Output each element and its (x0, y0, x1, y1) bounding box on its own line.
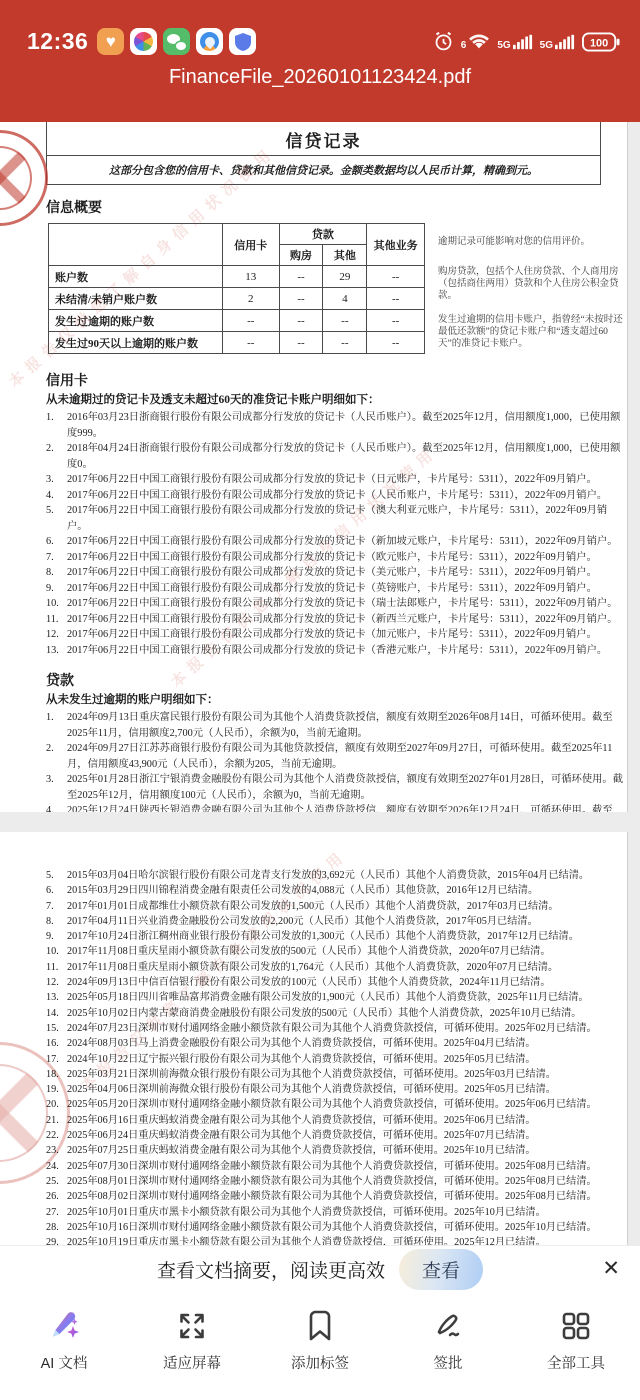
list-item: 21.2025年06月16日重庆蚂蚁消费金融有限公司为其他个人消费贷款授信，可循… (46, 1113, 624, 1128)
page-gap (0, 812, 640, 832)
security-shield-icon (229, 28, 256, 55)
loans-list-page2: 5.2015年03月04日哈尔滨银行股份有限公司龙青支行发放的3,692元（人民… (46, 832, 624, 1245)
list-item: 22.2025年06月24日重庆蚂蚁消费金融有限公司为其他个人消费贷款授信，可循… (46, 1128, 624, 1143)
list-item: 5.2017年06月22日中国工商银行股份有限公司成都分行发放的贷记卡（澳大利亚… (46, 503, 624, 534)
status-indicators: 6 5G 5G (433, 31, 620, 52)
list-item: 12.2017年06月22日中国工商银行股份有限公司成都分行发放的贷记卡（加元账… (46, 627, 624, 643)
col-credit-card: 信用卡 (222, 224, 279, 266)
table-row: 未结清/未销户账户数 2 -- 4 -- (49, 288, 425, 310)
list-item: 17.2024年10月22日辽宁振兴银行股份有限公司为其他个人消费贷款授信，可循… (46, 1052, 624, 1067)
list-item: 11.2017年11月08日重庆星雨小额贷款有限公司发放的1,764元（人民币）… (46, 960, 624, 975)
list-item: 13.2017年06月22日中国工商银行股份有限公司成都分行发放的贷记卡（香港元… (46, 643, 624, 659)
tool-label: AI 文档 (41, 1352, 88, 1373)
col-loan-house: 购房 (279, 245, 323, 266)
note-text: 逾期记录可能影响对您的信用评价。 (438, 236, 624, 248)
app-header: 12:36 ♥ 6 (0, 0, 640, 122)
alarm-clock-icon (433, 31, 454, 52)
note-text: 发生过逾期的信用卡账户，指曾经“未按时还最低还款额”的贷记卡账户和“透支超过60… (438, 314, 624, 350)
list-item: 1.2024年09月13日重庆富民银行股份有限公司为其他个人消费贷款授信，额度有… (46, 710, 624, 741)
credit-card-list: 1.2016年03月23日浙商银行股份有限公司成都分行发放的贷记卡（人民币账户）… (46, 410, 624, 658)
grid-tools-icon (559, 1309, 593, 1343)
list-item: 8.2017年04月11日兴业消费金融股份公司发放的2,200元（人民币）其他个… (46, 914, 624, 929)
list-item: 15.2024年07月23日深圳市财付通网络金融小额贷款有限公司为其他个人消费贷… (46, 1021, 624, 1036)
status-bar: 12:36 ♥ 6 (0, 0, 640, 58)
list-item: 10.2017年06月22日中国工商银行股份有限公司成都分行发放的贷记卡（瑞士法… (46, 596, 624, 612)
battery-level: 100 (590, 37, 608, 49)
section-subtitle: 这部分包含您的信用卡、贷款和其他信贷记录。金额类数据均以人民币计算，精确到元。 (47, 155, 600, 184)
list-item: 5.2015年03月04日哈尔滨银行股份有限公司龙青支行发放的3,692元（人民… (46, 868, 624, 883)
col-loan-other: 其他 (323, 245, 367, 266)
ai-pen-icon (47, 1309, 81, 1343)
tool-label: 全部工具 (547, 1352, 605, 1373)
list-item: 13.2025年05月18日四川省唯品富邦消费金融有限公司发放的1,900元（人… (46, 990, 624, 1005)
list-item: 14.2025年10月02日内蒙古蒙商消费金融股份有限公司发放的500元（人民币… (46, 1006, 624, 1021)
sign-pen-icon (431, 1309, 465, 1343)
tool-label: 添加标签 (291, 1352, 349, 1373)
fit-screen-icon (175, 1309, 209, 1343)
battery-icon: 100 (582, 32, 620, 52)
tool-add-bookmark[interactable]: 添加标签 (256, 1292, 384, 1400)
tool-fit-screen[interactable]: 适应屏幕 (128, 1292, 256, 1400)
tool-label: 适应屏幕 (163, 1352, 221, 1373)
list-item: 1.2016年03月23日浙商银行股份有限公司成都分行发放的贷记卡（人民币账户）… (46, 410, 624, 441)
list-item: 8.2017年06月22日中国工商银行股份有限公司成都分行发放的贷记卡（美元账户… (46, 565, 624, 581)
wifi-icon: 6 (461, 33, 491, 50)
list-item: 4.2025年12月24日陕西长银消费金融有限公司为其他个人消费贷款授信，额度有… (46, 803, 624, 812)
close-icon[interactable]: ✕ (602, 1256, 620, 1282)
signal-sim2-icon: 5G (540, 34, 575, 50)
summary-heading: 信息概要 (46, 197, 627, 217)
credit-card-heading: 信用卡 (46, 370, 627, 390)
summary-block: 信用卡 贷款 其他业务 购房 其他 账户数 13 -- 29 -- (48, 223, 627, 354)
col-loan: 贷款 (279, 224, 367, 245)
tool-ai-document[interactable]: AI 文档 (0, 1292, 128, 1400)
list-item: 9.2017年06月22日中国工商银行股份有限公司成都分行发放的贷记卡（英镑账户… (46, 581, 624, 597)
list-item: 6.2015年03月29日四川锦程消费金融有限责任公司发放的4,088元（人民币… (46, 883, 624, 898)
tool-all-tools[interactable]: 全部工具 (512, 1292, 640, 1400)
health-heart-icon: ♥ (97, 28, 124, 55)
summary-table: 信用卡 贷款 其他业务 购房 其他 账户数 13 -- 29 -- (48, 223, 425, 354)
list-item: 7.2017年06月22日中国工商银行股份有限公司成都分行发放的贷记卡（欧元账户… (46, 550, 624, 566)
bookmark-icon (303, 1309, 337, 1343)
list-item: 10.2017年11月08日重庆星雨小额贷款有限公司发放的500元（人民币）其他… (46, 944, 624, 959)
list-item: 19.2025年04月06日深圳前海微众银行股份有限公司为其他个人消费贷款授信，… (46, 1082, 624, 1097)
pdf-page-1: 本报告仅供您了解自身信用状况使用 本报告仅供您了解自身信用状况使用 信贷记录 这… (0, 122, 628, 812)
col-other-business: 其他业务 (367, 224, 425, 266)
red-seal-stamp (0, 130, 48, 226)
list-item: 16.2024年08月03日马上消费金融股份有限公司为其他个人消费贷款授信，可循… (46, 1036, 624, 1051)
document-filename: FinanceFile_20260101123424.pdf (0, 66, 640, 89)
loans-list: 1.2024年09月13日重庆富民银行股份有限公司为其他个人消费贷款授信，额度有… (46, 710, 624, 812)
list-item: 28.2025年10月16日深圳市财付通网络金融小额贷款有限公司为其他个人消费贷… (46, 1220, 624, 1235)
view-summary-button[interactable]: 查看 (399, 1249, 483, 1290)
tool-sign[interactable]: 签批 (384, 1292, 512, 1400)
list-item: 6.2017年06月22日中国工商银行股份有限公司成都分行发放的贷记卡（新加坡元… (46, 534, 624, 550)
credit-card-subheading: 从未逾期过的贷记卡及透支未超过60天的准贷记卡账户明细如下： (46, 391, 627, 407)
list-item: 3.2017年06月22日中国工商银行股份有限公司成都分行发放的贷记卡（日元账户… (46, 472, 624, 488)
loans-heading: 贷款 (46, 670, 627, 690)
notification-app-icons: ♥ (97, 28, 256, 55)
list-item: 2.2018年04月24日浙商银行股份有限公司成都分行发放的贷记卡（人民币账户）… (46, 441, 624, 472)
table-row: 发生过逾期的账户数 -- -- -- -- (49, 310, 425, 332)
pinwheel-icon (130, 28, 157, 55)
loans-subheading: 从未发生过逾期的账户明细如下： (46, 691, 627, 707)
list-item: 12.2024年09月13日中信百信银行股份有限公司发放的100元（人民币）其他… (46, 975, 624, 990)
list-item: 4.2017年06月22日中国工商银行股份有限公司成都分行发放的贷记卡（人民币账… (46, 488, 624, 504)
list-item: 24.2025年07月30日深圳市财付通网络金融小额贷款有限公司为其他个人消费贷… (46, 1159, 624, 1174)
ai-summary-banner: 查看文档摘要，阅读更高效 查看 ✕ (0, 1245, 640, 1292)
tool-label: 签批 (434, 1352, 463, 1373)
list-item: 3.2025年01月28日浙江宁银消费金融股份有限公司为其他个人消费贷款授信，额… (46, 772, 624, 803)
note-text: 购房贷款，包括个人住房贷款、个人商用房（包括商住两用）贷款和个人住房公积金贷款。 (438, 266, 624, 302)
list-item: 20.2025年05月20日深圳市财付通网络金融小额贷款有限公司为其他个人消费贷… (46, 1097, 624, 1112)
list-item: 29.2025年10月19日重庆市黑卡小额贷款有限公司为其他个人消费贷款授信，可… (46, 1235, 624, 1245)
browser-swirl-icon (196, 28, 223, 55)
list-item: 26.2025年08月02日深圳市财付通网络金融小额贷款有限公司为其他个人消费贷… (46, 1189, 624, 1204)
wechat-icon (163, 28, 190, 55)
summary-notes: 逾期记录可能影响对您的信用评价。 购房贷款，包括个人住房贷款、个人商用房（包括商… (438, 223, 624, 350)
signal-sim1-icon: 5G (497, 34, 532, 50)
table-row: 账户数 13 -- 29 -- (49, 266, 425, 288)
section-title: 信贷记录 (47, 122, 600, 155)
bottom-toolbar: AI 文档 适应屏幕 添加标签 (0, 1292, 640, 1400)
list-item: 25.2025年08月01日深圳市财付通网络金融小额贷款有限公司为其他个人消费贷… (46, 1174, 624, 1189)
list-item: 23.2025年07月25日重庆蚂蚁消费金融有限公司为其他个人消费贷款授信，可循… (46, 1143, 624, 1158)
pdf-page-2: 本报告仅供您了解自身信用状况使用 5.2015年03月04日哈尔滨银行股份有限公… (0, 832, 628, 1245)
pdf-viewport[interactable]: 本报告仅供您了解自身信用状况使用 本报告仅供您了解自身信用状况使用 信贷记录 这… (0, 122, 640, 1245)
phone-screen: 12:36 ♥ 6 (0, 0, 640, 1400)
table-row: 发生过90天以上逾期的账户数 -- -- -- -- (49, 332, 425, 354)
list-item: 27.2025年10月01日重庆市黑卡小额贷款有限公司为其他个人消费贷款授信，可… (46, 1205, 624, 1220)
list-item: 2.2024年09月27日江苏苏商银行股份有限公司为其他贷款授信，额度有效期至2… (46, 741, 624, 772)
list-item: 11.2017年06月22日中国工商银行股份有限公司成都分行发放的贷记卡（新西兰… (46, 612, 624, 628)
list-item: 18.2025年03月21日深圳前海微众银行股份有限公司为其他个人消费贷款授信，… (46, 1067, 624, 1082)
list-item: 7.2017年01月01日成都维仕小额贷款有限公司发放的1,500元（人民币）其… (46, 899, 624, 914)
list-item: 9.2017年10月24日浙江稠州商业银行股份有限公司发放的1,300元（人民币… (46, 929, 624, 944)
status-time: 12:36 (27, 28, 88, 55)
banner-text: 查看文档摘要，阅读更高效 (157, 1256, 385, 1283)
section-title-box: 信贷记录 这部分包含您的信用卡、贷款和其他信贷记录。金额类数据均以人民币计算，精… (46, 122, 601, 185)
